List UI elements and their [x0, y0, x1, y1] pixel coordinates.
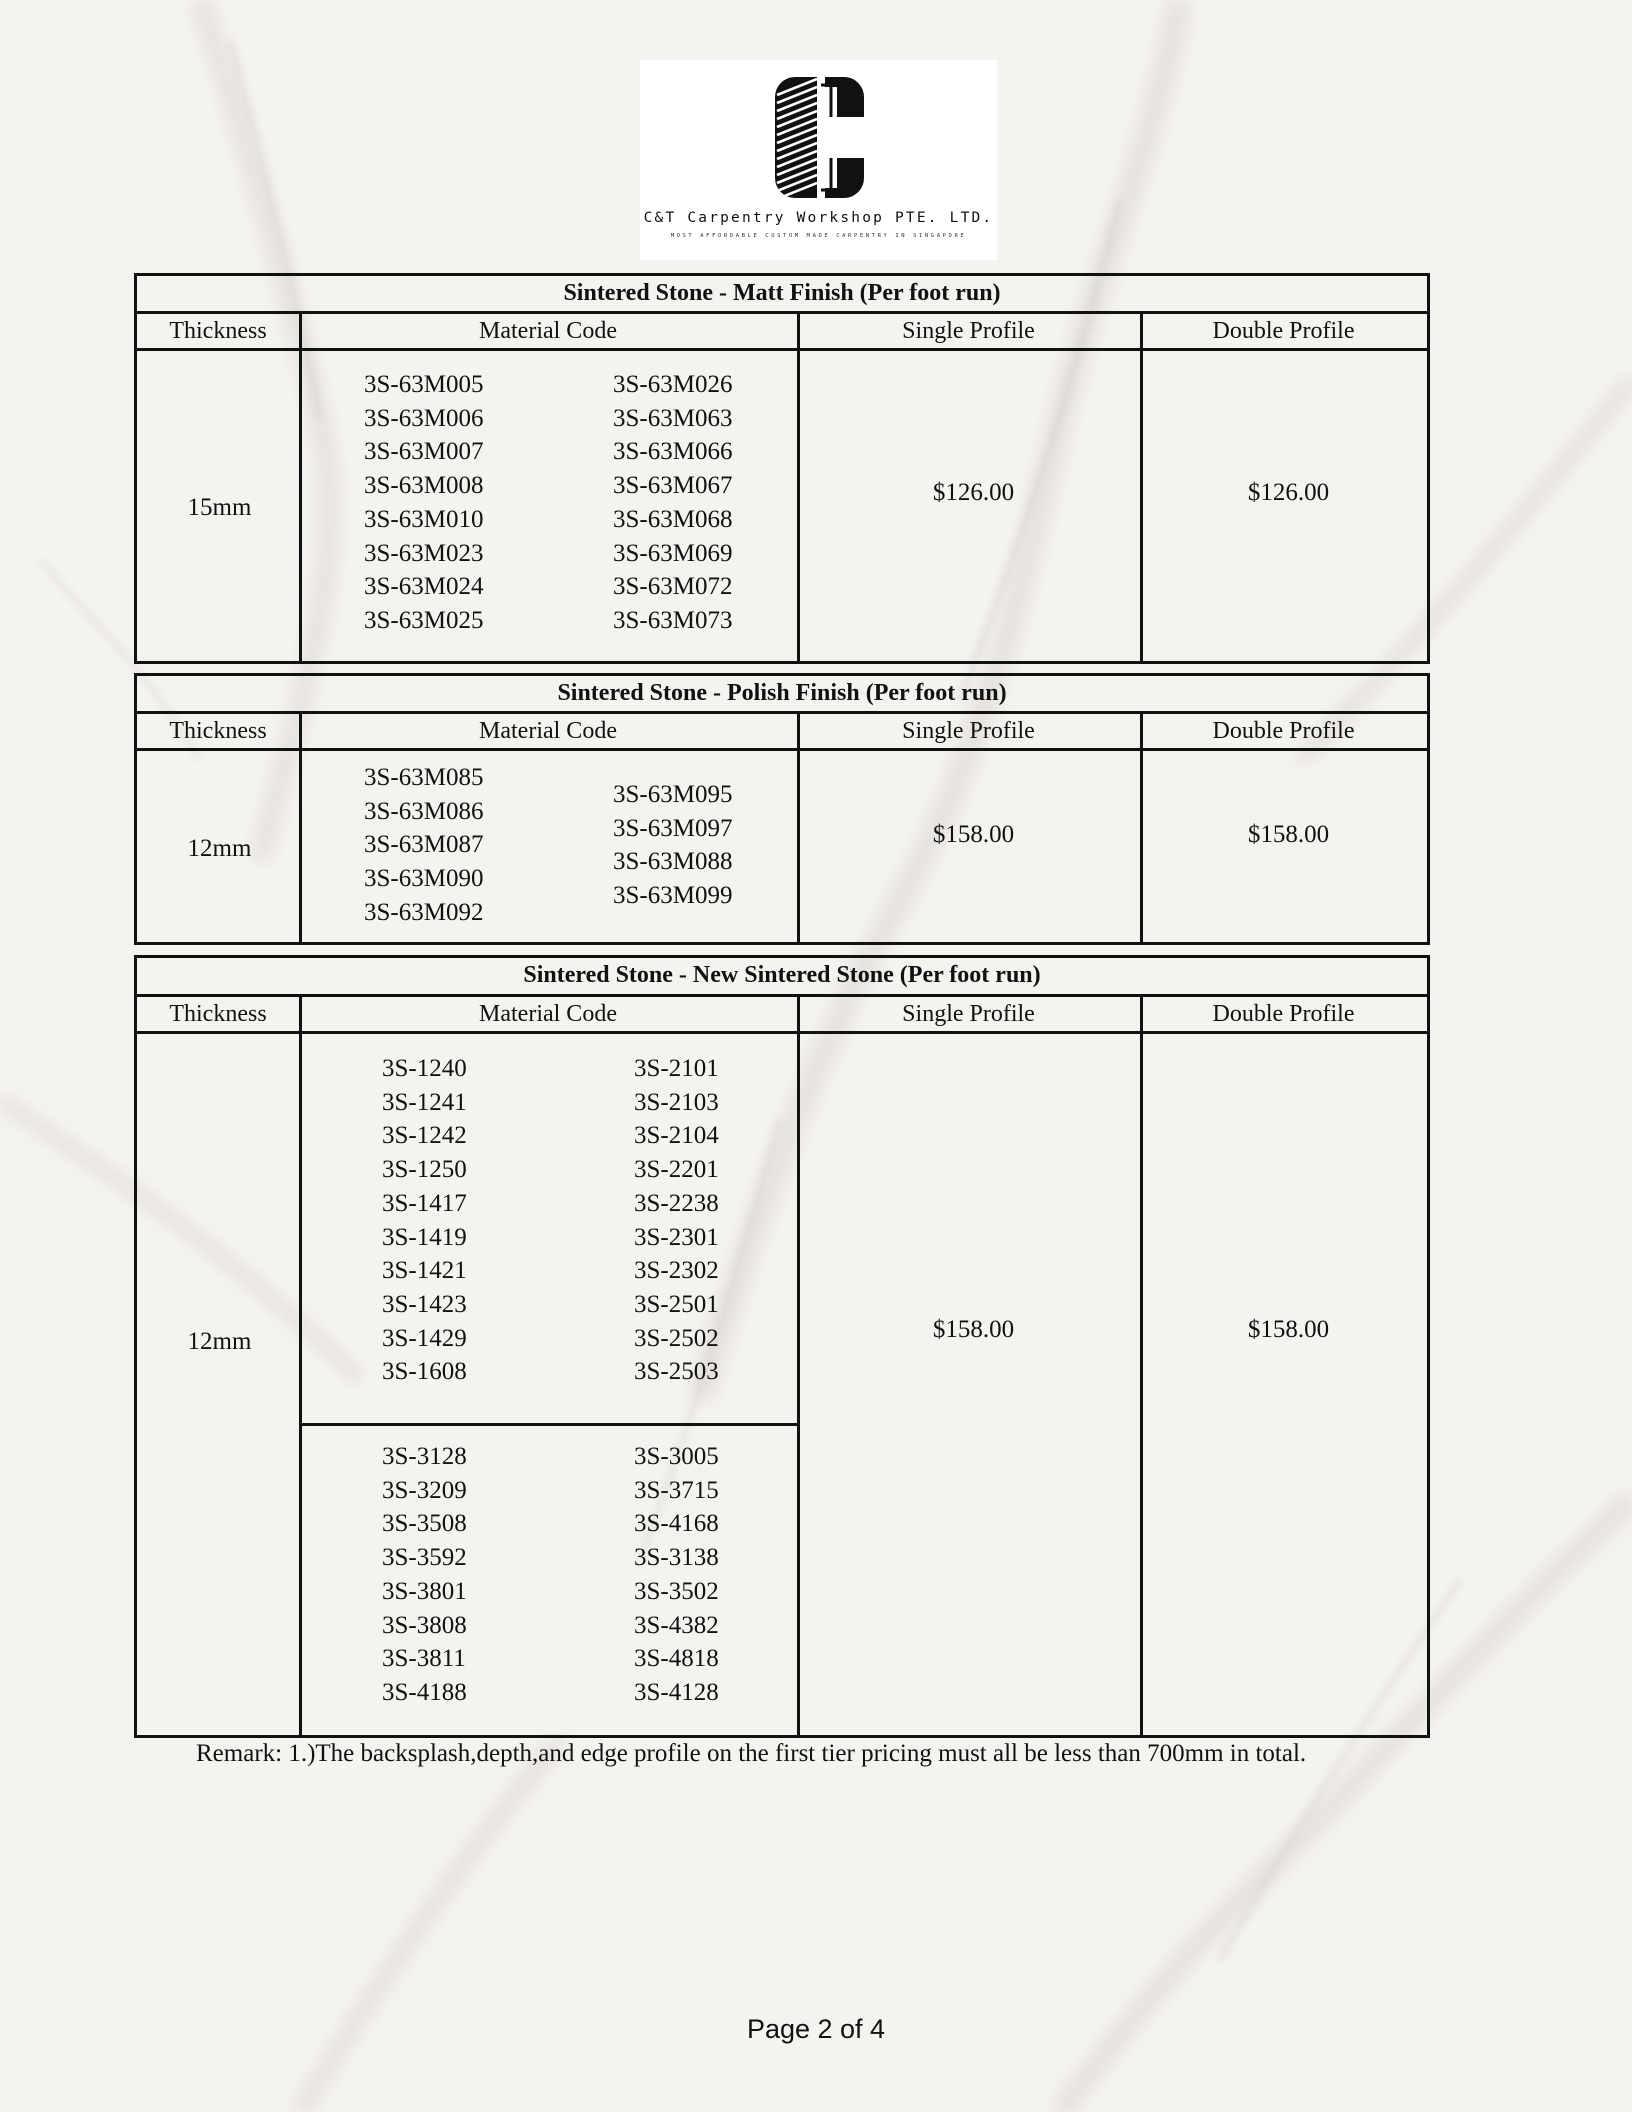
material-code-list-left: 3S-63M0853S-63M0863S-63M0873S-63M0903S-6… [364, 761, 483, 930]
material-code-list-left: 3S-12403S-12413S-12423S-12503S-14173S-14… [382, 1052, 467, 1389]
column-header-single-profile: Single Profile [797, 997, 1140, 1031]
material-code: 3S-1419 [382, 1221, 467, 1255]
material-code: 3S-63M063 [613, 402, 732, 436]
material-code: 3S-63M099 [613, 879, 732, 913]
material-code: 3S-63M087 [364, 828, 483, 862]
single-profile-price: $158.00 [802, 1316, 1145, 1344]
material-code: 3S-4818 [634, 1642, 719, 1676]
material-code: 3S-2501 [634, 1288, 719, 1322]
material-code: 3S-63M088 [613, 845, 732, 879]
new-sintered-stone-price-table: Sintered Stone - New Sintered Stone (Per… [134, 955, 1430, 1738]
column-header-double-profile: Double Profile [1140, 714, 1427, 748]
material-code: 3S-63M073 [613, 604, 732, 638]
material-code-list-left: 3S-31283S-32093S-35083S-35923S-38013S-38… [382, 1440, 467, 1710]
material-code: 3S-4128 [634, 1676, 719, 1710]
material-code: 3S-63M095 [613, 778, 732, 812]
material-code-group-divider [299, 1423, 800, 1426]
material-code: 3S-1608 [382, 1355, 467, 1389]
matt-finish-price-table: Sintered Stone - Matt Finish (Per foot r… [134, 273, 1430, 664]
single-profile-price: $126.00 [802, 479, 1145, 507]
material-code: 3S-1242 [382, 1119, 467, 1153]
material-code: 3S-2101 [634, 1052, 719, 1086]
ct-logo-mark-icon [773, 75, 866, 200]
material-code: 3S-63M024 [364, 570, 483, 604]
material-code: 3S-2201 [634, 1153, 719, 1187]
column-header-material-code: Material Code [299, 997, 797, 1031]
page-number: Page 2 of 4 [0, 2014, 1632, 2045]
material-code: 3S-1417 [382, 1187, 467, 1221]
double-profile-price: $126.00 [1145, 479, 1432, 507]
material-code: 3S-2238 [634, 1187, 719, 1221]
material-code: 3S-2301 [634, 1221, 719, 1255]
column-header-thickness: Thickness [137, 714, 299, 748]
material-code: 3S-1423 [382, 1288, 467, 1322]
material-code: 3S-63M026 [613, 368, 732, 402]
material-code: 3S-63M008 [364, 469, 483, 503]
material-code: 3S-3502 [634, 1575, 719, 1609]
material-code: 3S-3508 [382, 1507, 467, 1541]
pricing-remark: Remark: 1.)The backsplash,depth,and edge… [196, 1740, 1306, 1768]
material-code: 3S-1241 [382, 1086, 467, 1120]
column-header-thickness: Thickness [137, 314, 299, 348]
polish-finish-price-table: Sintered Stone - Polish Finish (Per foot… [134, 673, 1430, 945]
table-header-row: Thickness Material Code Single Profile D… [137, 997, 1427, 1034]
material-code: 3S-4188 [382, 1676, 467, 1710]
table-header-row: Thickness Material Code Single Profile D… [137, 714, 1427, 751]
table-row: 12mm 3S-63M0853S-63M0863S-63M0873S-63M09… [137, 751, 1427, 942]
material-code: 3S-3005 [634, 1440, 719, 1474]
material-code: 3S-3801 [382, 1575, 467, 1609]
material-code-list-right: 3S-63M0953S-63M0973S-63M0883S-63M099 [613, 778, 732, 913]
material-code: 3S-2503 [634, 1355, 719, 1389]
thickness-value: 12mm [137, 835, 302, 863]
material-code: 3S-3128 [382, 1440, 467, 1474]
material-code: 3S-63M006 [364, 402, 483, 436]
column-header-material-code: Material Code [299, 714, 797, 748]
material-code: 3S-2104 [634, 1119, 719, 1153]
material-code: 3S-3209 [382, 1474, 467, 1508]
material-code: 3S-2103 [634, 1086, 719, 1120]
material-code: 3S-63M010 [364, 503, 483, 537]
table-header-row: Thickness Material Code Single Profile D… [137, 314, 1427, 351]
thickness-value: 12mm [137, 1328, 302, 1356]
material-code: 3S-63M068 [613, 503, 732, 537]
company-logo: C&T Carpentry Workshop PTE. LTD. MOST AF… [640, 60, 997, 260]
material-code: 3S-2302 [634, 1254, 719, 1288]
double-profile-price: $158.00 [1145, 1316, 1432, 1344]
material-code-list-left: 3S-63M0053S-63M0063S-63M0073S-63M0083S-6… [364, 368, 483, 638]
material-code: 3S-1429 [382, 1322, 467, 1356]
table-title: Sintered Stone - New Sintered Stone (Per… [137, 958, 1427, 997]
material-code: 3S-63M072 [613, 570, 732, 604]
company-name: C&T Carpentry Workshop PTE. LTD. [640, 210, 997, 226]
column-header-single-profile: Single Profile [797, 314, 1140, 348]
column-header-single-profile: Single Profile [797, 714, 1140, 748]
material-code-list-right: 3S-30053S-37153S-41683S-31383S-35023S-43… [634, 1440, 719, 1710]
double-profile-price: $158.00 [1145, 821, 1432, 849]
material-code: 3S-63M025 [364, 604, 483, 638]
material-code: 3S-3808 [382, 1609, 467, 1643]
material-code: 3S-2502 [634, 1322, 719, 1356]
material-code: 3S-3138 [634, 1541, 719, 1575]
table-title: Sintered Stone - Matt Finish (Per foot r… [137, 276, 1427, 314]
material-code-list-right: 3S-21013S-21033S-21043S-22013S-22383S-23… [634, 1052, 719, 1389]
material-code: 3S-63M023 [364, 537, 483, 571]
column-header-material-code: Material Code [299, 314, 797, 348]
material-code: 3S-4168 [634, 1507, 719, 1541]
thickness-value: 15mm [137, 494, 302, 522]
material-code: 3S-63M007 [364, 435, 483, 469]
company-tagline: MOST AFFORDABLE CUSTOM MADE CARPENTRY IN… [640, 233, 997, 239]
material-code: 3S-63M067 [613, 469, 732, 503]
material-code: 3S-63M090 [364, 862, 483, 896]
material-code: 3S-63M085 [364, 761, 483, 795]
table-row: 15mm 3S-63M0053S-63M0063S-63M0073S-63M00… [137, 351, 1427, 661]
material-code: 3S-63M092 [364, 896, 483, 930]
column-header-double-profile: Double Profile [1140, 314, 1427, 348]
table-row: 12mm 3S-12403S-12413S-12423S-12503S-1417… [137, 1034, 1427, 1735]
material-code: 3S-63M086 [364, 795, 483, 829]
table-title: Sintered Stone - Polish Finish (Per foot… [137, 676, 1427, 714]
material-code: 3S-3592 [382, 1541, 467, 1575]
material-code: 3S-3811 [382, 1642, 467, 1676]
material-code: 3S-1240 [382, 1052, 467, 1086]
material-code: 3S-1250 [382, 1153, 467, 1187]
material-code: 3S-63M097 [613, 812, 732, 846]
material-code-list-right: 3S-63M0263S-63M0633S-63M0663S-63M0673S-6… [613, 368, 732, 638]
material-code: 3S-1421 [382, 1254, 467, 1288]
material-code: 3S-63M066 [613, 435, 732, 469]
material-code: 3S-63M069 [613, 537, 732, 571]
column-header-double-profile: Double Profile [1140, 997, 1427, 1031]
column-header-thickness: Thickness [137, 997, 299, 1031]
material-code: 3S-3715 [634, 1474, 719, 1508]
material-code: 3S-4382 [634, 1609, 719, 1643]
material-code: 3S-63M005 [364, 368, 483, 402]
single-profile-price: $158.00 [802, 821, 1145, 849]
